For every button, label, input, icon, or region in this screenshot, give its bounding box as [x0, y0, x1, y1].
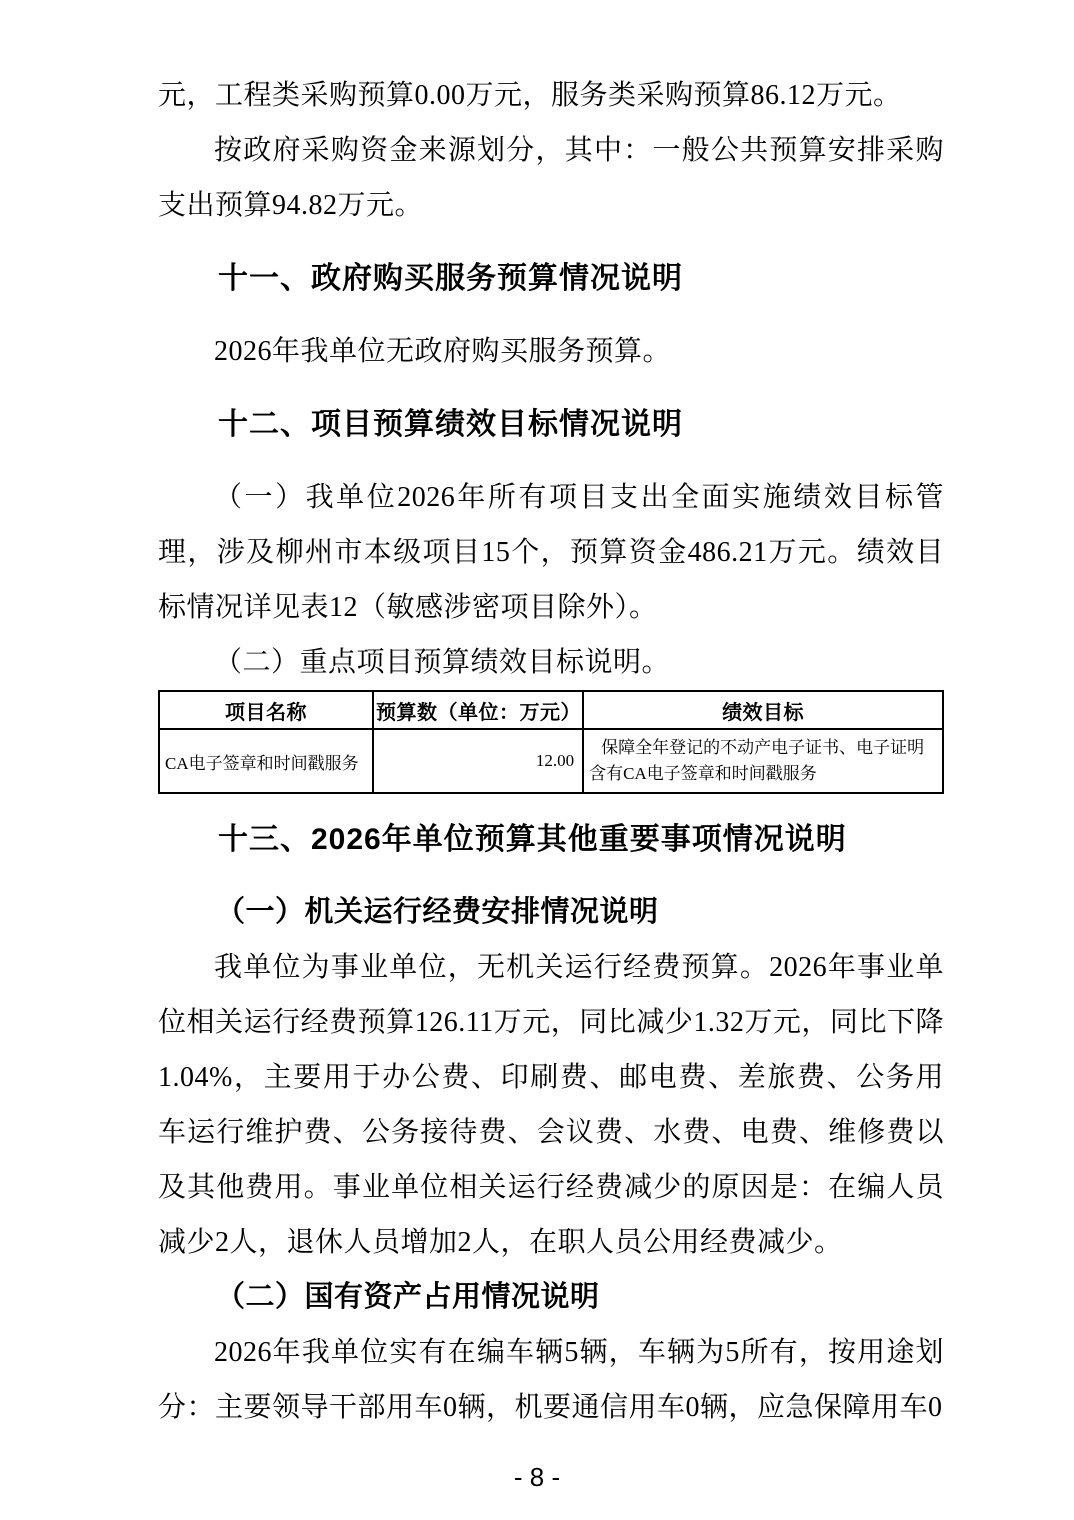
- section-11-heading: 十一、政府购买服务预算情况说明: [158, 251, 944, 306]
- section-13-heading: 十三、2026年单位预算其他重要事项情况说明: [158, 812, 944, 867]
- table-cell-target: 保障全年登记的不动产电子证书、电子证明含有CA电子签章和时间戳服务: [583, 729, 943, 793]
- paragraph-procurement-continuation: 元，工程类采购预算0.00万元，服务类采购预算86.12万元。: [158, 68, 944, 123]
- paragraph-section-11-body: 2026年我单位无政府购买服务预算。: [158, 324, 944, 379]
- section-12-heading: 十二、项目预算绩效目标情况说明: [158, 397, 944, 452]
- paragraph-section-13-sub-2-body: 2026年我单位实有在编车辆5辆，车辆为5所有，按用途划分：主要领导干部用车0辆…: [158, 1325, 944, 1435]
- section-13-sub-1-heading: （一）机关运行经费安排情况说明: [158, 885, 944, 940]
- paragraph-section-13-sub-1-body: 我单位为事业单位，无机关运行经费预算。2026年事业单位相关运行经费预算126.…: [158, 940, 944, 1270]
- page-number: - 8 -: [0, 1462, 1074, 1493]
- paragraph-funding-source: 按政府采购资金来源划分，其中：一般公共预算安排采购支出预算94.82万元。: [158, 123, 944, 233]
- table-header-project: 项目名称: [159, 691, 373, 729]
- table-cell-budget: 12.00: [373, 729, 583, 793]
- page-content: 元，工程类采购预算0.00万元，服务类采购预算86.12万元。 按政府采购资金来…: [158, 68, 944, 1435]
- table-header-target: 绩效目标: [583, 691, 943, 729]
- performance-target-table: 项目名称 预算数（单位：万元） 绩效目标 CA电子签章和时间戳服务 12.00 …: [158, 690, 944, 794]
- paragraph-section-12-item-1: （一）我单位2026年所有项目支出全面实施绩效目标管理，涉及柳州市本级项目15个…: [158, 470, 944, 635]
- table-header-budget: 预算数（单位：万元）: [373, 691, 583, 729]
- table-row: CA电子签章和时间戳服务 12.00 保障全年登记的不动产电子证书、电子证明含有…: [159, 729, 943, 793]
- paragraph-section-12-item-2: （二）重点项目预算绩效目标说明。: [158, 635, 944, 690]
- table-cell-project: CA电子签章和时间戳服务: [159, 729, 373, 793]
- section-13-sub-2-heading: （二）国有资产占用情况说明: [158, 1270, 944, 1325]
- table-header-row: 项目名称 预算数（单位：万元） 绩效目标: [159, 691, 943, 729]
- document-page: 元，工程类采购预算0.00万元，服务类采购预算86.12万元。 按政府采购资金来…: [0, 0, 1074, 1520]
